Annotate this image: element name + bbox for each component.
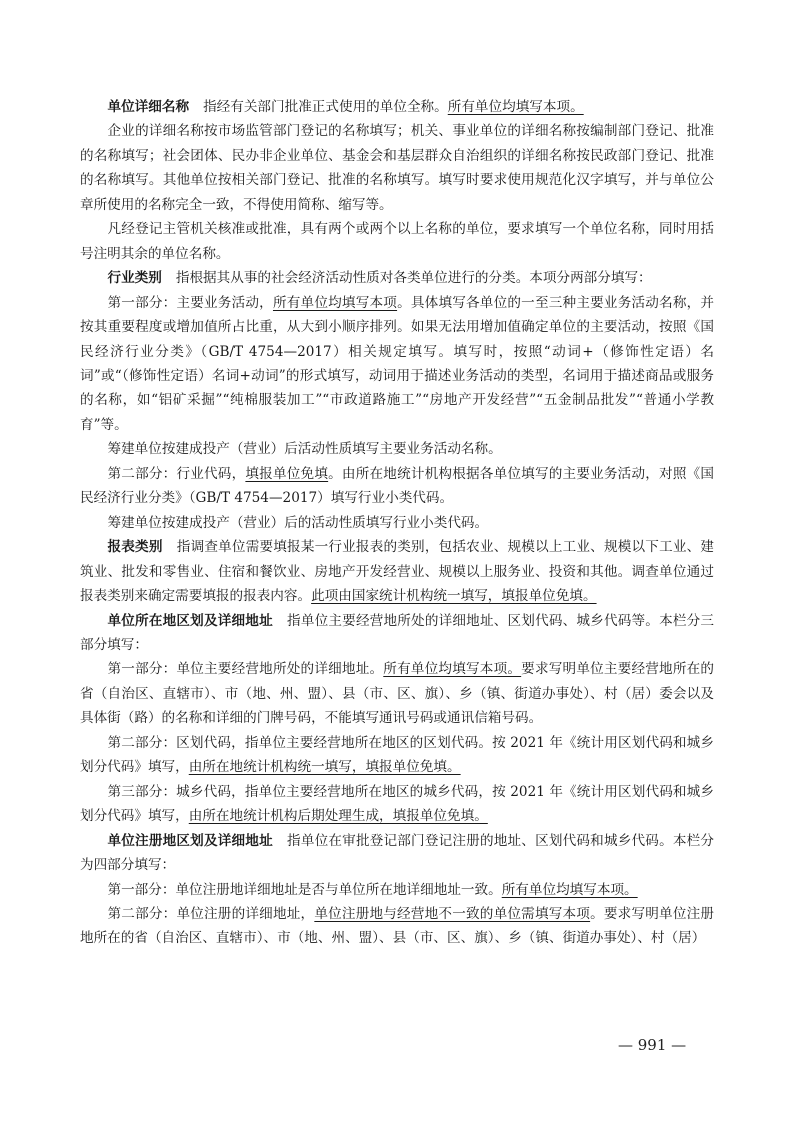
text-segment: 第二部分：行业代码， — [108, 466, 246, 482]
term-heading: 报表类别 — [108, 539, 163, 555]
paragraph: 第三部分：城乡代码，指单位主要经营地所在地区的城乡代码，按 2021 年《统计用… — [80, 780, 714, 829]
paragraph: 筹建单位按建成投产（营业）后的活动性质填写行业小类代码。 — [80, 511, 714, 535]
underlined-instruction: 此项由国家统计机构统一填写，填报单位免填。 — [311, 588, 596, 604]
paragraph: 筹建单位按建成投产（营业）后活动性质填写主要业务活动名称。 — [80, 437, 714, 461]
text-segment: 企业的详细名称按市场监管部门登记的名称填写；机关、事业单位的详细名称按编制部门登… — [80, 123, 714, 212]
paragraph: 企业的详细名称按市场监管部门登记的名称填写；机关、事业单位的详细名称按编制部门登… — [80, 119, 714, 217]
text-segment: 第二部分：单位注册的详细地址， — [108, 906, 315, 922]
text-segment: 。具体填写各单位的一至三种主要业务活动名称，并按其重要程度或增加值所占比重，从大… — [80, 295, 714, 433]
text-segment: 第一部分：主要业务活动， — [108, 295, 273, 311]
underlined-instruction: 所有单位均填写本项。 — [502, 882, 638, 898]
definition-paragraph: 报表类别指调查单位需要填报某一行业报表的类别，包括农业、规模以上工业、规模以下工… — [80, 535, 714, 608]
underlined-instruction: 由所在地统计机构统一填写，填报单位免填。 — [189, 759, 461, 775]
paragraph: 第二部分：行业代码，填报单位免填。由所在地统计机构根据各单位填写的主要业务活动，… — [80, 462, 714, 511]
paragraph: 第二部分：区划代码，指单位主要经营地所在地区的区划代码。按 2021 年《统计用… — [80, 731, 714, 780]
document-body: 单位详细名称指经有关部门批准正式使用的单位全称。所有单位均填写本项。企业的详细名… — [80, 95, 714, 951]
term-heading: 行业类别 — [108, 270, 162, 286]
paragraph: 第一部分：单位主要经营地所处的详细地址。所有单位均填写本项。要求写明单位主要经营… — [80, 657, 714, 730]
text-segment: 凡经登记主管机关核准或批准，具有两个或两个以上名称的单位，要求填写一个单位名称，… — [80, 221, 714, 261]
term-heading: 单位注册地区划及详细地址 — [108, 833, 273, 849]
paragraph: 凡经登记主管机关核准或批准，具有两个或两个以上名称的单位，要求填写一个单位名称，… — [80, 217, 714, 266]
underlined-instruction: 所有单位均填写本项。 — [448, 99, 584, 115]
text-segment: 指根据其从事的社会经济活动性质对各类单位进行的分类。本项分两部分填写： — [176, 270, 652, 286]
underlined-instruction: 填报单位免填 — [245, 466, 328, 482]
text-segment: 第一部分：单位注册地详细地址是否与单位所在地详细地址一致。 — [108, 882, 502, 898]
underlined-instruction: 由所在地统计机构后期处理生成，填报单位免填。 — [189, 808, 488, 824]
text-segment: 指经有关部门批准正式使用的单位全称。 — [203, 99, 448, 115]
definition-paragraph: 单位所在地区划及详细地址指单位主要经营地所处的详细地址、区划代码、城乡代码等。本… — [80, 609, 714, 658]
term-heading: 单位所在地区划及详细地址 — [108, 613, 273, 629]
definition-paragraph: 单位详细名称指经有关部门批准正式使用的单位全称。所有单位均填写本项。 — [80, 95, 714, 119]
text-segment: 筹建单位按建成投产（营业）后活动性质填写主要业务活动名称。 — [108, 441, 502, 457]
underlined-instruction: 所有单位均填写本项。 — [383, 661, 521, 677]
underlined-instruction: 单位注册地与经营地不一致的单位需填写本项 — [314, 906, 590, 922]
paragraph: 第一部分：单位注册地详细地址是否与单位所在地详细地址一致。所有单位均填写本项。 — [80, 878, 714, 902]
paragraph: 第二部分：单位注册的详细地址，单位注册地与经营地不一致的单位需填写本项。要求写明… — [80, 902, 714, 951]
underlined-instruction: 所有单位均填写本项 — [273, 295, 397, 311]
text-segment: 筹建单位按建成投产（营业）后的活动性质填写行业小类代码。 — [108, 515, 489, 531]
page-number: — 991 — — [618, 1036, 686, 1054]
paragraph: 第一部分：主要业务活动，所有单位均填写本项。具体填写各单位的一至三种主要业务活动… — [80, 291, 714, 438]
definition-paragraph: 单位注册地区划及详细地址指单位在审批登记部门登记注册的地址、区划代码和城乡代码。… — [80, 829, 714, 878]
text-segment: 第一部分：单位主要经营地所处的详细地址。 — [108, 661, 384, 677]
definition-paragraph: 行业类别指根据其从事的社会经济活动性质对各类单位进行的分类。本项分两部分填写： — [80, 266, 714, 290]
term-heading: 单位详细名称 — [108, 99, 190, 115]
